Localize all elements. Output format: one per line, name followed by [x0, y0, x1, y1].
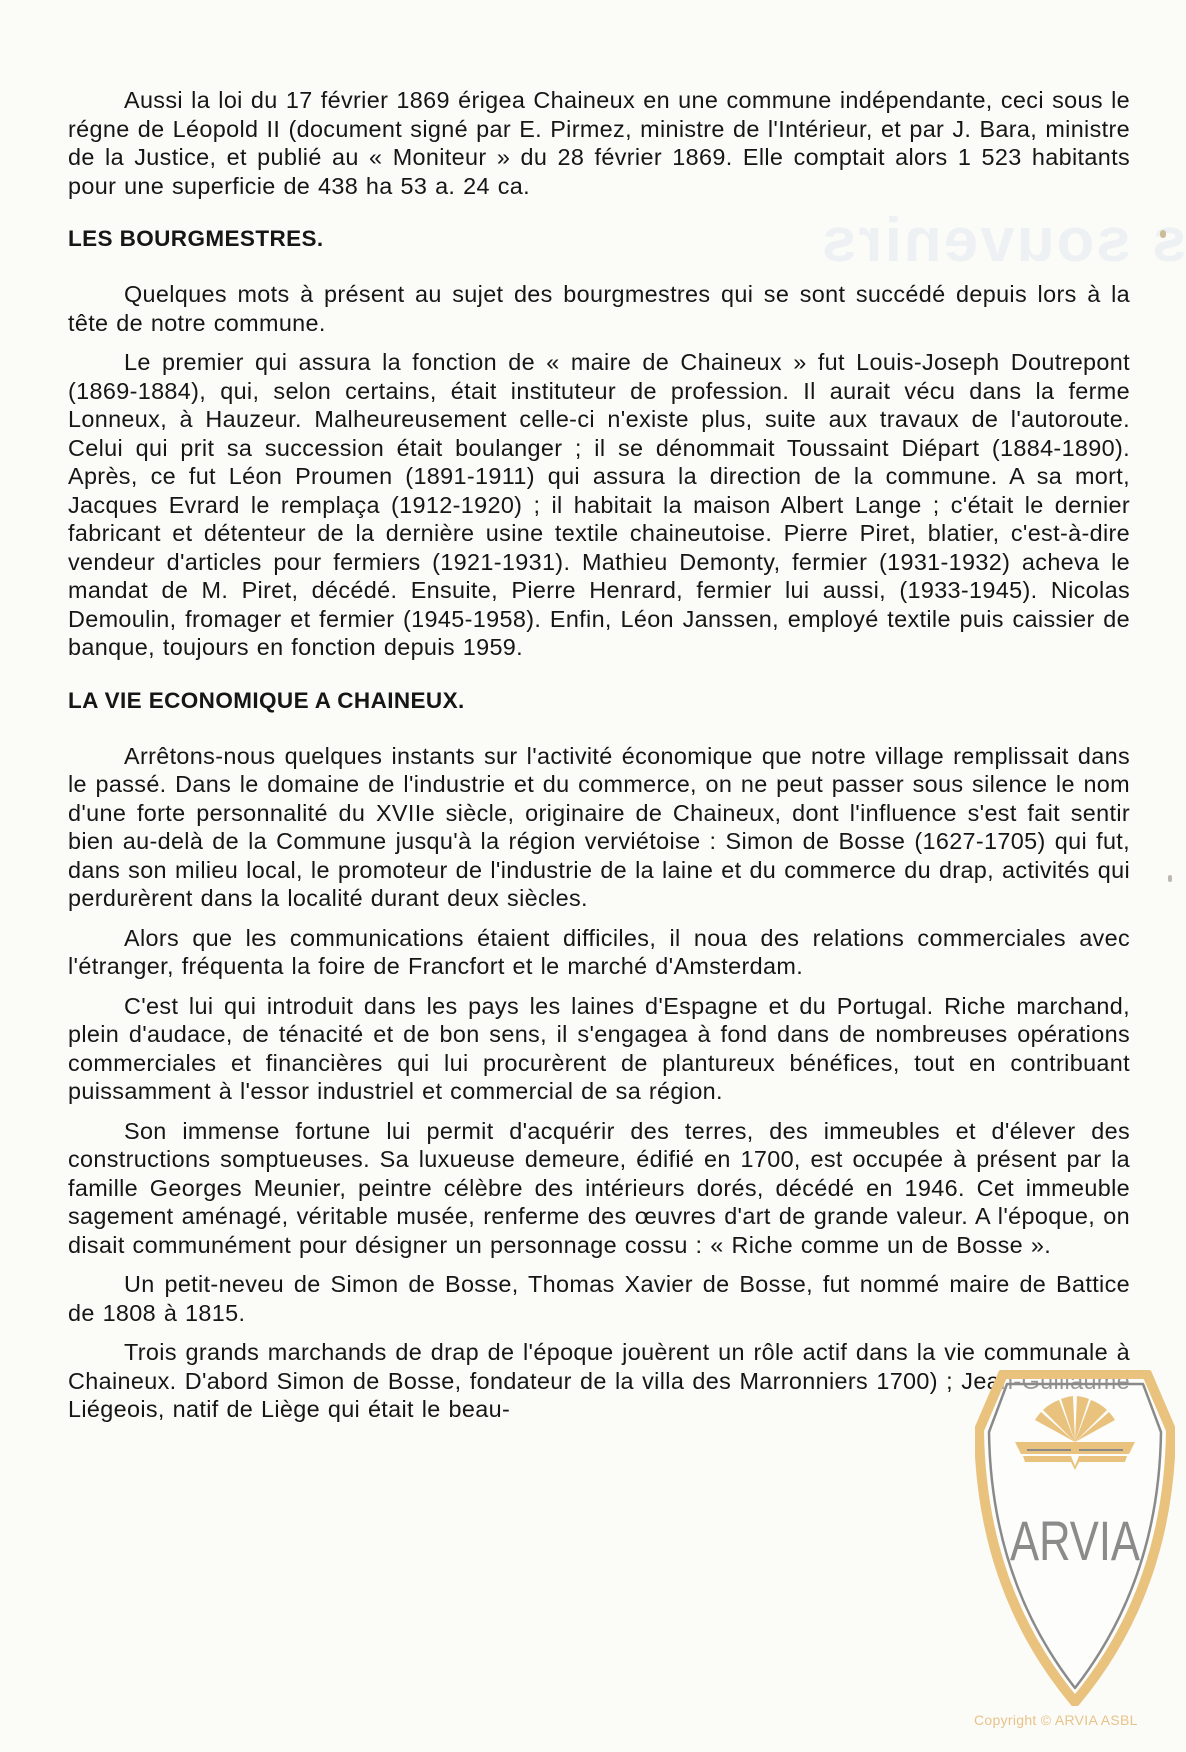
section-heading: LES BOURGMESTRES. [68, 226, 1130, 252]
paragraph: Alors que les communications étaient dif… [68, 924, 1130, 981]
paragraph: Quelques mots à présent au sujet des bou… [68, 280, 1130, 337]
paragraph: Son immense fortune lui permit d'acquéri… [68, 1117, 1130, 1260]
paragraph: C'est lui qui introduit dans les pays le… [68, 992, 1130, 1106]
paper-speck [1160, 230, 1166, 238]
paragraph: Le premier qui assura la fonction de « m… [68, 348, 1130, 662]
paragraph: Arrêtons-nous quelques instants sur l'ac… [68, 742, 1130, 913]
section-heading: LA VIE ECONOMIQUE A CHAINEUX. [68, 688, 1130, 714]
paragraph: Un petit-neveu de Simon de Bosse, Thomas… [68, 1270, 1130, 1327]
section-vie-economique: LA VIE ECONOMIQUE A CHAINEUX. Arrêtons-n… [68, 688, 1130, 1424]
paper-speck [1168, 875, 1172, 882]
document-page: Aussi la loi du 17 février 1869 érigea C… [68, 86, 1130, 1435]
section-bourgmestres: LES BOURGMESTRES. Quelques mots à présen… [68, 226, 1130, 662]
watermark-logo-text: ARVIA [1010, 1509, 1141, 1572]
open-book-icon [1015, 1442, 1135, 1470]
paragraph: Trois grands marchands de drap de l'époq… [68, 1338, 1130, 1424]
intro-paragraph: Aussi la loi du 17 février 1869 érigea C… [68, 86, 1130, 200]
copyright-notice: Copyright © ARVIA ASBL [974, 1712, 1138, 1728]
